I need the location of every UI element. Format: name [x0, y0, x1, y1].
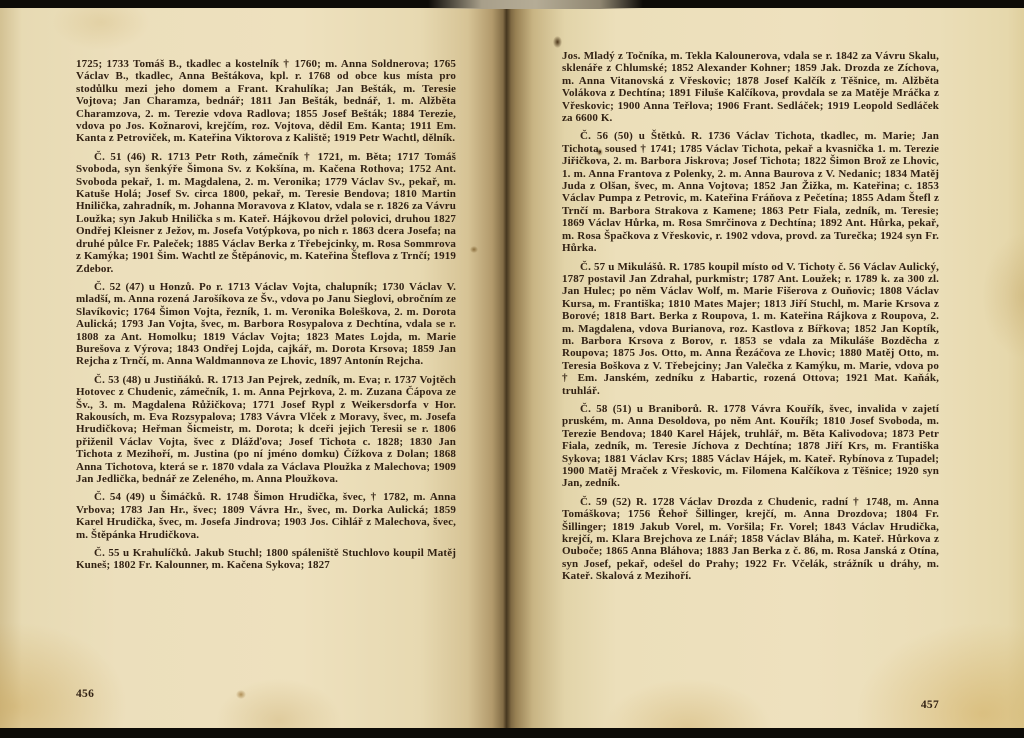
entry-paragraph-c52: Č. 52 (47) u Honzů. Po r. 1713 Václav Vo…: [76, 281, 456, 368]
left-page-text-column: 1725; 1733 Tomáš B., tkadlec a kostelník…: [76, 58, 456, 578]
book-spread-photo: 1725; 1733 Tomáš B., tkadlec a kostelník…: [0, 0, 1024, 738]
entry-paragraph-continuation: Jos. Mladý z Točníka, m. Tekla Kalounero…: [562, 50, 939, 124]
entry-paragraph-c54: Č. 54 (49) u Šimáčků. R. 1748 Šimon Hrud…: [76, 491, 456, 541]
right-page-number: 457: [562, 699, 939, 711]
paper-stain: [236, 690, 246, 699]
entry-paragraph-c56: Č. 56 (50) u Štětků. R. 1736 Václav Tich…: [562, 130, 939, 254]
paper-stain: [553, 36, 562, 48]
entry-paragraph-continuation: 1725; 1733 Tomáš B., tkadlec a kostelník…: [76, 58, 456, 145]
entry-paragraph-c58: Č. 58 (51) u Braniborů. R. 1778 Vávra Ko…: [562, 403, 939, 490]
entry-paragraph-c53: Č. 53 (48) u Justiňáků. R. 1713 Jan Pejr…: [76, 374, 456, 486]
paper-stain: [470, 246, 478, 253]
entry-paragraph-c55: Č. 55 u Krahulíčků. Jakub Stuchl; 1800 s…: [76, 547, 456, 572]
entry-paragraph-c57: Č. 57 u Mikulášů. R. 1785 koupil místo o…: [562, 261, 939, 397]
book-gutter-crease: [503, 8, 511, 728]
left-page-number: 456: [76, 688, 94, 700]
right-page-text-column: Jos. Mladý z Točníka, m. Tekla Kalounero…: [562, 50, 939, 589]
pages-top-edge: [428, 0, 643, 9]
entry-paragraph-c59: Č. 59 (52) R. 1728 Václav Drozda z Chude…: [562, 496, 939, 583]
entry-paragraph-c51: Č. 51 (46) R. 1713 Petr Roth, zámečník †…: [76, 151, 456, 275]
